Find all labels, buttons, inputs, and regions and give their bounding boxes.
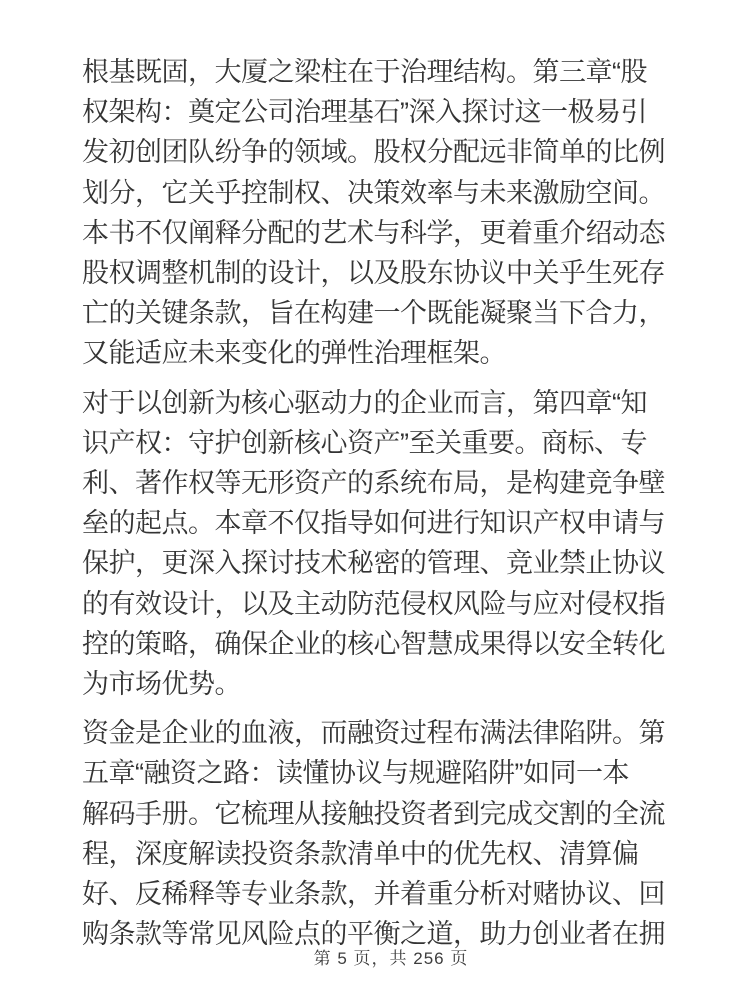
text-line: 利、著作权等无形资产的系统布局，是构建竞争壁 [82,463,682,503]
text-line: 控的策略，确保企业的核心智慧成果得以安全转化 [82,624,682,664]
text-line: 发初创团队纷争的领域。股权分配远非简单的比例 [82,132,682,172]
page-footer: 第 5 页，共 256 页 [0,949,750,969]
text-line: 为市场优势。 [82,664,682,704]
text-line: 五章“融资之路：读懂协议与规避陷阱”如同一本 [82,753,682,793]
text-line: 根基既固，大厦之梁柱在于治理结构。第三章“股 [82,52,682,92]
text-line: 权架构：奠定公司治理基石”深入探讨这一极易引 [82,92,682,132]
paragraph: 根基既固，大厦之梁柱在于治理结构。第三章“股权架构：奠定公司治理基石”深入探讨这… [82,52,682,374]
text-line: 解码手册。它梳理从接触投资者到完成交割的全流 [82,794,682,834]
text-line: 垒的起点。本章不仅指导如何进行知识产权申请与 [82,503,682,543]
page-indicator: 第 5 页，共 256 页 [314,949,469,968]
text-line: 好、反稀释等专业条款，并着重分析对赌协议、回 [82,874,682,914]
text-line: 股权调整机制的设计，以及股东协议中关乎生死存 [82,253,682,293]
text-line: 的有效设计，以及主动防范侵权风险与应对侵权指 [82,584,682,624]
document-body: 根基既固，大厦之梁柱在于治理结构。第三章“股权架构：奠定公司治理基石”深入探讨这… [82,52,682,963]
paragraph: 对于以创新为核心驱动力的企业而言，第四章“知识产权：守护创新核心资产”至关重要。… [82,383,682,705]
text-line: 又能适应未来变化的弹性治理框架。 [82,333,682,373]
text-line: 资金是企业的血液，而融资过程布满法律陷阱。第 [82,713,682,753]
text-line: 本书不仅阐释分配的艺术与科学，更着重介绍动态 [82,213,682,253]
text-line: 保护，更深入探讨技术秘密的管理、竞业禁止协议 [82,543,682,583]
text-line: 识产权：守护创新核心资产”至关重要。商标、专 [82,423,682,463]
text-line: 对于以创新为核心驱动力的企业而言，第四章“知 [82,383,682,423]
paragraph: 资金是企业的血液，而融资过程布满法律陷阱。第五章“融资之路：读懂协议与规避陷阱”… [82,713,682,954]
text-line: 程，深度解读投资条款清单中的优先权、清算偏 [82,834,682,874]
text-line: 亡的关键条款，旨在构建一个既能凝聚当下合力， [82,293,682,333]
document-page: 根基既固，大厦之梁柱在于治理结构。第三章“股权架构：奠定公司治理基石”深入探讨这… [0,0,750,1000]
text-line: 划分，它关乎控制权、决策效率与未来激励空间。 [82,173,682,213]
